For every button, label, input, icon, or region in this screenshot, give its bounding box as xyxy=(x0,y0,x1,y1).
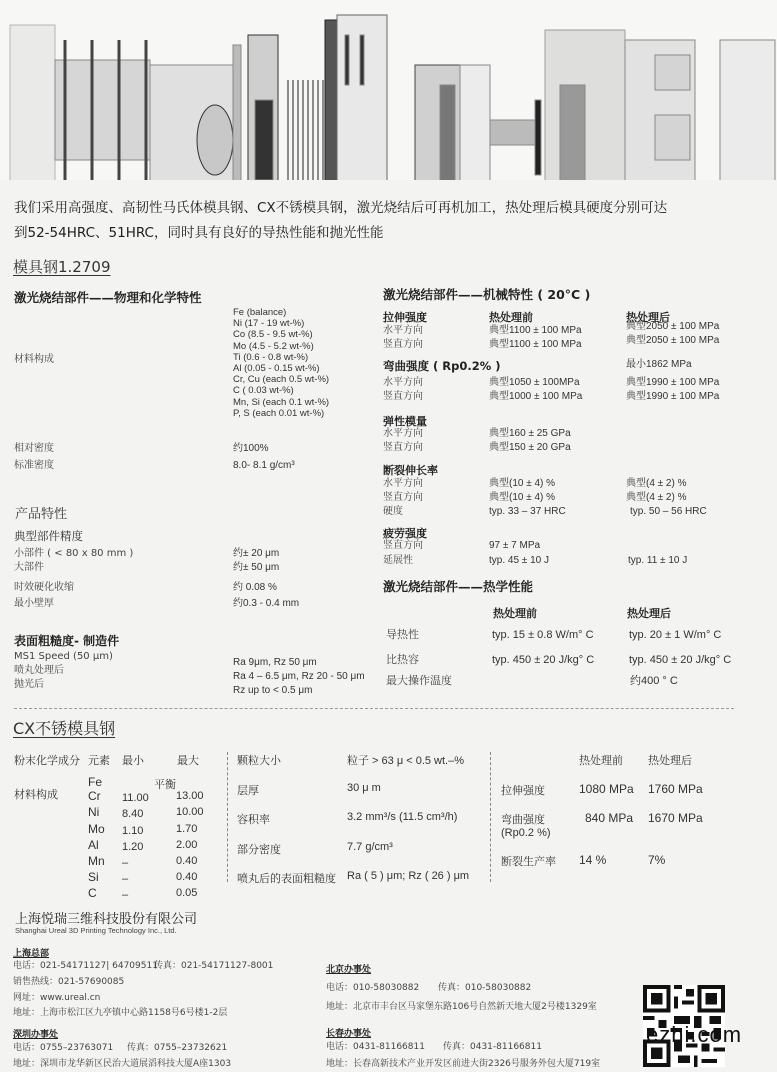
value-before: typ. 450 ± 20 J/kg° C xyxy=(492,653,629,667)
max-temp-row: 最大操作温度 约400 ° C xyxy=(386,674,678,688)
header-powder-chem: 粉末化学成分 xyxy=(14,752,88,768)
row-label: 大部件 xyxy=(14,561,233,575)
thermal-col-before: 热处理前 xyxy=(493,605,537,621)
row-label: 导热性 xyxy=(386,628,492,642)
header-element: 元素 xyxy=(88,752,122,768)
value-before: 97 ± 7 MPa xyxy=(489,539,540,553)
prop-value: 3.2 mm³/s (11.5 cm³/h) xyxy=(347,811,457,841)
value-after: 典型(4 ± 2) % xyxy=(626,477,687,491)
element: Cr xyxy=(88,789,122,805)
roughness-label: 喷丸处理后 xyxy=(14,664,113,678)
bending-title: 弯曲强度 ( Rp0.2% ) xyxy=(383,358,501,374)
row-label: 断裂生产率 xyxy=(501,853,579,869)
min: 11.00 xyxy=(122,789,176,805)
prop-label: 喷丸后的表面粗糙度 xyxy=(237,870,347,890)
value-before xyxy=(492,674,630,688)
section-title-steel-12709: 模具钢1.2709 xyxy=(13,256,111,277)
shanghai-fax: 传真：021-54171127-8001 xyxy=(154,960,273,972)
prop-row: 颗粒大小粒子 > 63 μ < 0.5 wt.–% xyxy=(237,752,469,782)
beijing-fax: 传真：010-58030882 xyxy=(438,982,531,994)
prop-value: 7.7 g/cm³ xyxy=(347,841,393,870)
row-label: 最大操作温度 xyxy=(386,674,492,688)
office-shanghai-title: 上海总部 xyxy=(13,946,49,959)
value-before: 典型1000 ± 100 MPa xyxy=(489,390,626,404)
value-after: typ. 11 ± 10 J xyxy=(628,554,687,568)
row-label: 竖直方向 xyxy=(383,338,489,352)
max: 2.00 xyxy=(176,838,197,854)
value-after: 1760 MPa xyxy=(648,782,703,798)
roughness-title: 表面粗糙度- 制造件 xyxy=(14,632,119,649)
elastic-row-vertical: 竖直方向 典型150 ± 20 GPa xyxy=(383,441,571,455)
shanghai-address: 地址：上海市松江区九亭镇中心路1158号6号楼1-2层 xyxy=(13,1007,227,1019)
chem-row: Al1.202.00 xyxy=(88,838,204,854)
value-after: 典型1990 ± 100 MPa xyxy=(626,390,719,404)
prop-row: 喷丸后的表面粗糙度Ra ( 5 ) μm; Rz ( 26 ) μm xyxy=(237,870,469,890)
row-label: 水平方向 xyxy=(383,376,489,390)
prop-value: 粒子 > 63 μ < 0.5 wt.–% xyxy=(347,752,464,782)
chem-row: Fe xyxy=(88,775,204,789)
roughness-value: Ra 4 – 6.5 μm, Rz 20 - 50 μm xyxy=(233,670,365,684)
composition-item: Ti (0.6 - 0.8 wt-%) xyxy=(233,352,329,363)
row-label: 竖直方向 xyxy=(383,491,489,505)
max: 13.00 xyxy=(176,789,204,805)
roughness-value: Ra 9μm, Rz 50 μm xyxy=(233,656,365,670)
min: – xyxy=(122,870,176,886)
min: 8.40 xyxy=(122,805,176,821)
value-before: 典型160 ± 25 GPa xyxy=(489,427,571,441)
prop-label: 容积率 xyxy=(237,811,347,841)
aging-shrink-row: 时效硬化收缩 约 0.08 % xyxy=(14,581,277,595)
elongation-row-horizontal: 水平方向 典型(10 ± 4) % 典型(4 ± 2) % xyxy=(383,477,687,491)
element: Al xyxy=(88,838,122,854)
row-value: 8.0- 8.1 g/cm³ xyxy=(233,459,295,473)
cx-bending-row: 弯曲强度 (Rp0.2 %) 840 MPa 1670 MPa xyxy=(501,811,703,839)
elongation-row-vertical: 竖直方向 典型(10 ± 4) % 典型(4 ± 2) % xyxy=(383,491,687,505)
element: Fe xyxy=(88,775,122,789)
roughness-value: Rz up to < 0.5 μm xyxy=(233,684,365,698)
roughness-label: MS1 Speed (50 μm) xyxy=(14,650,113,664)
element: Si xyxy=(88,870,122,886)
bending-row-horizontal: 水平方向 典型1050 ± 100MPa 典型1990 ± 100 MPa xyxy=(383,376,719,390)
value-after: typ. 20 ± 1 W/m° C xyxy=(629,628,721,642)
roughness-labels: MS1 Speed (50 μm) 喷丸处理后 抛光后 xyxy=(14,650,113,692)
qr-watermark: ezhi.com xyxy=(646,1022,742,1048)
hero-exploded-mold-image xyxy=(0,0,777,180)
shenzhen-fax: 传真：0755–23732621 xyxy=(127,1042,227,1054)
precision-row-small: 小部件 ( < 80 x 80 mm ) 约± 20 μm xyxy=(14,547,279,561)
row-label: 延展性 xyxy=(383,554,489,568)
prop-label: 颗粒大小 xyxy=(237,752,347,782)
row-label: 水平方向 xyxy=(383,324,489,338)
intro-paragraph: 我们采用高强度、高韧性马氏体模具钢、CX不锈模具钢，激光烧结后可再机加工，热处理… xyxy=(14,196,774,246)
row-label: 弯曲强度 xyxy=(501,811,585,827)
relative-density-row: 相对密度 约100% xyxy=(14,442,269,456)
column-divider-2 xyxy=(490,752,491,882)
max: 0.40 xyxy=(176,870,197,886)
value-after: 7% xyxy=(648,853,665,869)
value-before: 典型1100 ± 100 MPa xyxy=(489,324,626,338)
row-value: 约100% xyxy=(233,442,269,456)
changchun-address: 地址：长春高新技术产业开发区前进大街2326号服务外包大厦719室 xyxy=(326,1058,600,1070)
value-after: 典型2050 ± 100 MPa xyxy=(626,334,719,348)
value-before: 典型1050 ± 100MPa xyxy=(489,376,626,390)
shenzhen-phone: 电话：0755–23763071 xyxy=(13,1042,113,1054)
bending-row-vertical: 竖直方向 典型1000 ± 100 MPa 典型1990 ± 100 MPa xyxy=(383,390,719,404)
cx-props: 颗粒大小粒子 > 63 μ < 0.5 wt.–% 层厚30 μ m 容积率3.… xyxy=(237,752,469,890)
roughness-values: Ra 9μm, Rz 50 μm Ra 4 – 6.5 μm, Rz 20 - … xyxy=(233,656,365,698)
row-label-group: 弯曲强度 (Rp0.2 %) xyxy=(501,811,585,839)
intro-line-1: 我们采用高强度、高韧性马氏体模具钢、CX不锈模具钢，激光烧结后可再机加工，热处理… xyxy=(14,196,774,221)
row-label: 比热容 xyxy=(386,653,492,667)
min: 1.10 xyxy=(122,822,176,838)
element: C xyxy=(88,886,122,902)
composition-label: 材料构成 xyxy=(14,353,54,367)
value-before: 14 % xyxy=(579,853,648,869)
value-after: 典型(4 ± 2) % xyxy=(626,491,687,505)
company-name-cn: 上海悦瑞三维科技股份有限公司 xyxy=(15,908,197,927)
intro-line-2: 到52-54HRC、51HRC，同时具有良好的导热性能和抛光性能 xyxy=(14,221,774,246)
row-value: 约± 20 μm xyxy=(233,547,279,561)
value-before: 840 MPa xyxy=(585,811,648,839)
cx-composition-label: 材料构成 xyxy=(14,786,58,802)
column-divider-1 xyxy=(227,752,228,882)
chem-row: C–0.05 xyxy=(88,886,204,902)
value-before: 典型1100 ± 100 MPa xyxy=(489,338,626,352)
col-before-header: 热处理前 xyxy=(489,309,533,325)
value-after: 典型2050 ± 100 MPa xyxy=(626,320,719,334)
shanghai-hotline: 销售热线：021-57690085 xyxy=(13,976,124,988)
hardness-row: 硬度 typ. 33 – 37 HRC typ. 50 – 56 HRC xyxy=(383,505,707,519)
row-label: 最小壁厚 xyxy=(14,597,233,611)
element: Mn xyxy=(88,854,122,870)
cx-tensile-row: 拉伸强度 1080 MPa 1760 MPa xyxy=(501,782,703,798)
value-before: 典型(10 ± 4) % xyxy=(489,477,626,491)
composition-item: Co (8.5 - 9.5 wt-%) xyxy=(233,329,329,340)
min: – xyxy=(122,886,176,902)
tensile-title: 拉伸强度 xyxy=(383,309,427,325)
min: 1.20 xyxy=(122,838,176,854)
section-divider xyxy=(14,708,734,709)
prop-row: 容积率3.2 mm³/s (11.5 cm³/h) xyxy=(237,811,469,841)
changchun-fax: 传真：0431-81166811 xyxy=(443,1041,542,1053)
composition-list: Fe (balance) Ni (17 - 19 wt-%) Co (8.5 -… xyxy=(233,307,329,419)
elongation-title: 断裂伸长率 xyxy=(383,462,438,478)
prop-value: 30 μ m xyxy=(347,782,381,811)
value-before: 典型150 ± 20 GPa xyxy=(489,441,571,455)
composition-item: Cr, Cu (each 0.5 wt-%) xyxy=(233,374,329,385)
mechanical-title: 激光烧结部件——机械特性 ( 20°C ) xyxy=(383,285,590,303)
max: 0.05 xyxy=(176,886,197,902)
composition-item: Mo (4.5 - 5.2 wt-%) xyxy=(233,341,329,352)
value-after: 约400 ° C xyxy=(630,674,678,688)
cx-col-after: 热处理后 xyxy=(648,752,692,768)
physical-chemical-title: 激光烧结部件——物理和化学特性 xyxy=(14,288,202,306)
thermal-conductivity-row: 导热性 typ. 15 ± 0.8 W/m° C typ. 20 ± 1 W/m… xyxy=(386,628,721,642)
header-min: 最小 xyxy=(122,752,177,768)
thermal-title: 激光烧结部件——热学性能 xyxy=(383,577,533,595)
office-shenzhen-title: 深圳办事处 xyxy=(13,1027,58,1040)
value-before: typ. 33 – 37 HRC xyxy=(489,505,630,519)
row-label: 水平方向 xyxy=(383,477,489,491)
prop-value: Ra ( 5 ) μm; Rz ( 26 ) μm xyxy=(347,870,469,890)
min-wall-row: 最小壁厚 约0.3 - 0.4 mm xyxy=(14,597,299,611)
chem-row: Mn–0.40 xyxy=(88,854,204,870)
cx-col-before: 热处理前 xyxy=(579,752,623,768)
row-value: 约± 50 μm xyxy=(233,561,279,575)
composition-item: Al (0.05 - 0.15 wt-%) xyxy=(233,363,329,374)
shanghai-website-link[interactable]: 网址：www.ureal.cn xyxy=(13,992,100,1004)
shanghai-phone: 电话：021-54171127| 64709511 xyxy=(13,960,158,972)
element: Mo xyxy=(88,822,122,838)
fatigue-row-vertical: 竖直方向 97 ± 7 MPa xyxy=(383,539,540,553)
prop-label: 层厚 xyxy=(237,782,347,811)
chem-header: 粉末化学成分 元素 最小 最大 xyxy=(14,752,199,768)
tensile-row-vertical: 竖直方向 典型1100 ± 100 MPa 典型2050 ± 100 MPa xyxy=(383,338,719,352)
header-max: 最大 xyxy=(177,752,199,768)
specific-heat-row: 比热容 typ. 450 ± 20 J/kg° C typ. 450 ± 20 … xyxy=(386,653,731,667)
ductility-row: 延展性 typ. 45 ± 10 J typ. 11 ± 10 J xyxy=(383,554,687,568)
element: Ni xyxy=(88,805,122,821)
max: 10.00 xyxy=(176,805,204,821)
composition-item: P, S (each 0.01 wt-%) xyxy=(233,408,329,419)
composition-item: Ni (17 - 19 wt-%) xyxy=(233,318,329,329)
roughness-label: 抛光后 xyxy=(14,678,113,692)
min: – xyxy=(122,854,176,870)
precision-title: 典型部件精度 xyxy=(14,528,83,544)
composition-item: Mn, Si (each 0.1 wt-%) xyxy=(233,397,329,408)
max: 0.40 xyxy=(176,854,197,870)
beijing-address: 地址：北京市丰台区马家堡东路106号自然新天地大厦2号楼1329室 xyxy=(326,1001,597,1013)
row-label: 竖直方向 xyxy=(383,441,489,455)
product-features-title: 产品特性 xyxy=(15,503,67,522)
standard-density-row: 标准密度 8.0- 8.1 g/cm³ xyxy=(14,459,295,473)
chem-row: Ni8.4010.00 xyxy=(88,805,204,821)
chem-row: Si–0.40 xyxy=(88,870,204,886)
row-label: 小部件 ( < 80 x 80 mm ) xyxy=(14,547,233,561)
row-label: 竖直方向 xyxy=(383,390,489,404)
row-label-sub: (Rp0.2 %) xyxy=(501,827,585,839)
composition-item: C ( 0.03 wt-%) xyxy=(233,385,329,396)
bending-min-note: 最小1862 MPa xyxy=(626,358,692,372)
value-after: 典型1990 ± 100 MPa xyxy=(626,376,719,390)
value-after: typ. 450 ± 20 J/kg° C xyxy=(629,653,731,667)
thermal-col-after: 热处理后 xyxy=(627,605,671,621)
row-label: 硬度 xyxy=(383,505,489,519)
chem-row: Cr11.0013.00 xyxy=(88,789,204,805)
section-title-cx-steel: CX不锈模具钢 xyxy=(13,716,115,739)
elastic-row-horizontal: 水平方向 典型160 ± 25 GPa xyxy=(383,427,571,441)
row-label: 时效硬化收缩 xyxy=(14,581,233,595)
changchun-phone: 电话：0431-81166811 xyxy=(326,1041,425,1053)
prop-label: 部分密度 xyxy=(237,841,347,870)
value-after: 1670 MPa xyxy=(648,811,703,839)
cx-elongation-row: 断裂生产率 14 % 7% xyxy=(501,853,665,869)
row-value: 约 0.08 % xyxy=(233,581,277,595)
exploded-mold-illustration xyxy=(0,0,777,180)
row-label: 竖直方向 xyxy=(383,539,489,553)
beijing-phone: 电话：010-58030882 xyxy=(326,982,419,994)
value-before: 1080 MPa xyxy=(579,782,648,798)
office-changchun-title: 长春办事处 xyxy=(326,1026,371,1039)
value-before: 典型(10 ± 4) % xyxy=(489,491,626,505)
value-before: typ. 15 ± 0.8 W/m° C xyxy=(492,628,629,642)
cx-chem-table: Fe Cr11.0013.00 Ni8.4010.00 Mo1.101.70 A… xyxy=(88,775,204,903)
row-label: 水平方向 xyxy=(383,427,489,441)
composition-item: Fe (balance) xyxy=(233,307,329,318)
row-label: 标准密度 xyxy=(14,459,233,473)
row-value: 约0.3 - 0.4 mm xyxy=(233,597,299,611)
max: 1.70 xyxy=(176,822,197,838)
company-name-en: Shanghai Ureal 3D Printing Technology In… xyxy=(15,926,177,935)
value-after: typ. 50 – 56 HRC xyxy=(630,505,707,519)
shenzhen-address: 地址：深圳市龙华新区民治大道展滔科技大厦A座1303 xyxy=(13,1058,231,1070)
office-beijing-title: 北京办事处 xyxy=(326,962,371,975)
value-before: typ. 45 ± 10 J xyxy=(489,554,628,568)
row-label: 相对密度 xyxy=(14,442,233,456)
prop-row: 部分密度7.7 g/cm³ xyxy=(237,841,469,870)
prop-row: 层厚30 μ m xyxy=(237,782,469,811)
chem-row: Mo1.101.70 xyxy=(88,822,204,838)
row-label: 拉伸强度 xyxy=(501,782,579,798)
precision-row-large: 大部件 约± 50 μm xyxy=(14,561,279,575)
